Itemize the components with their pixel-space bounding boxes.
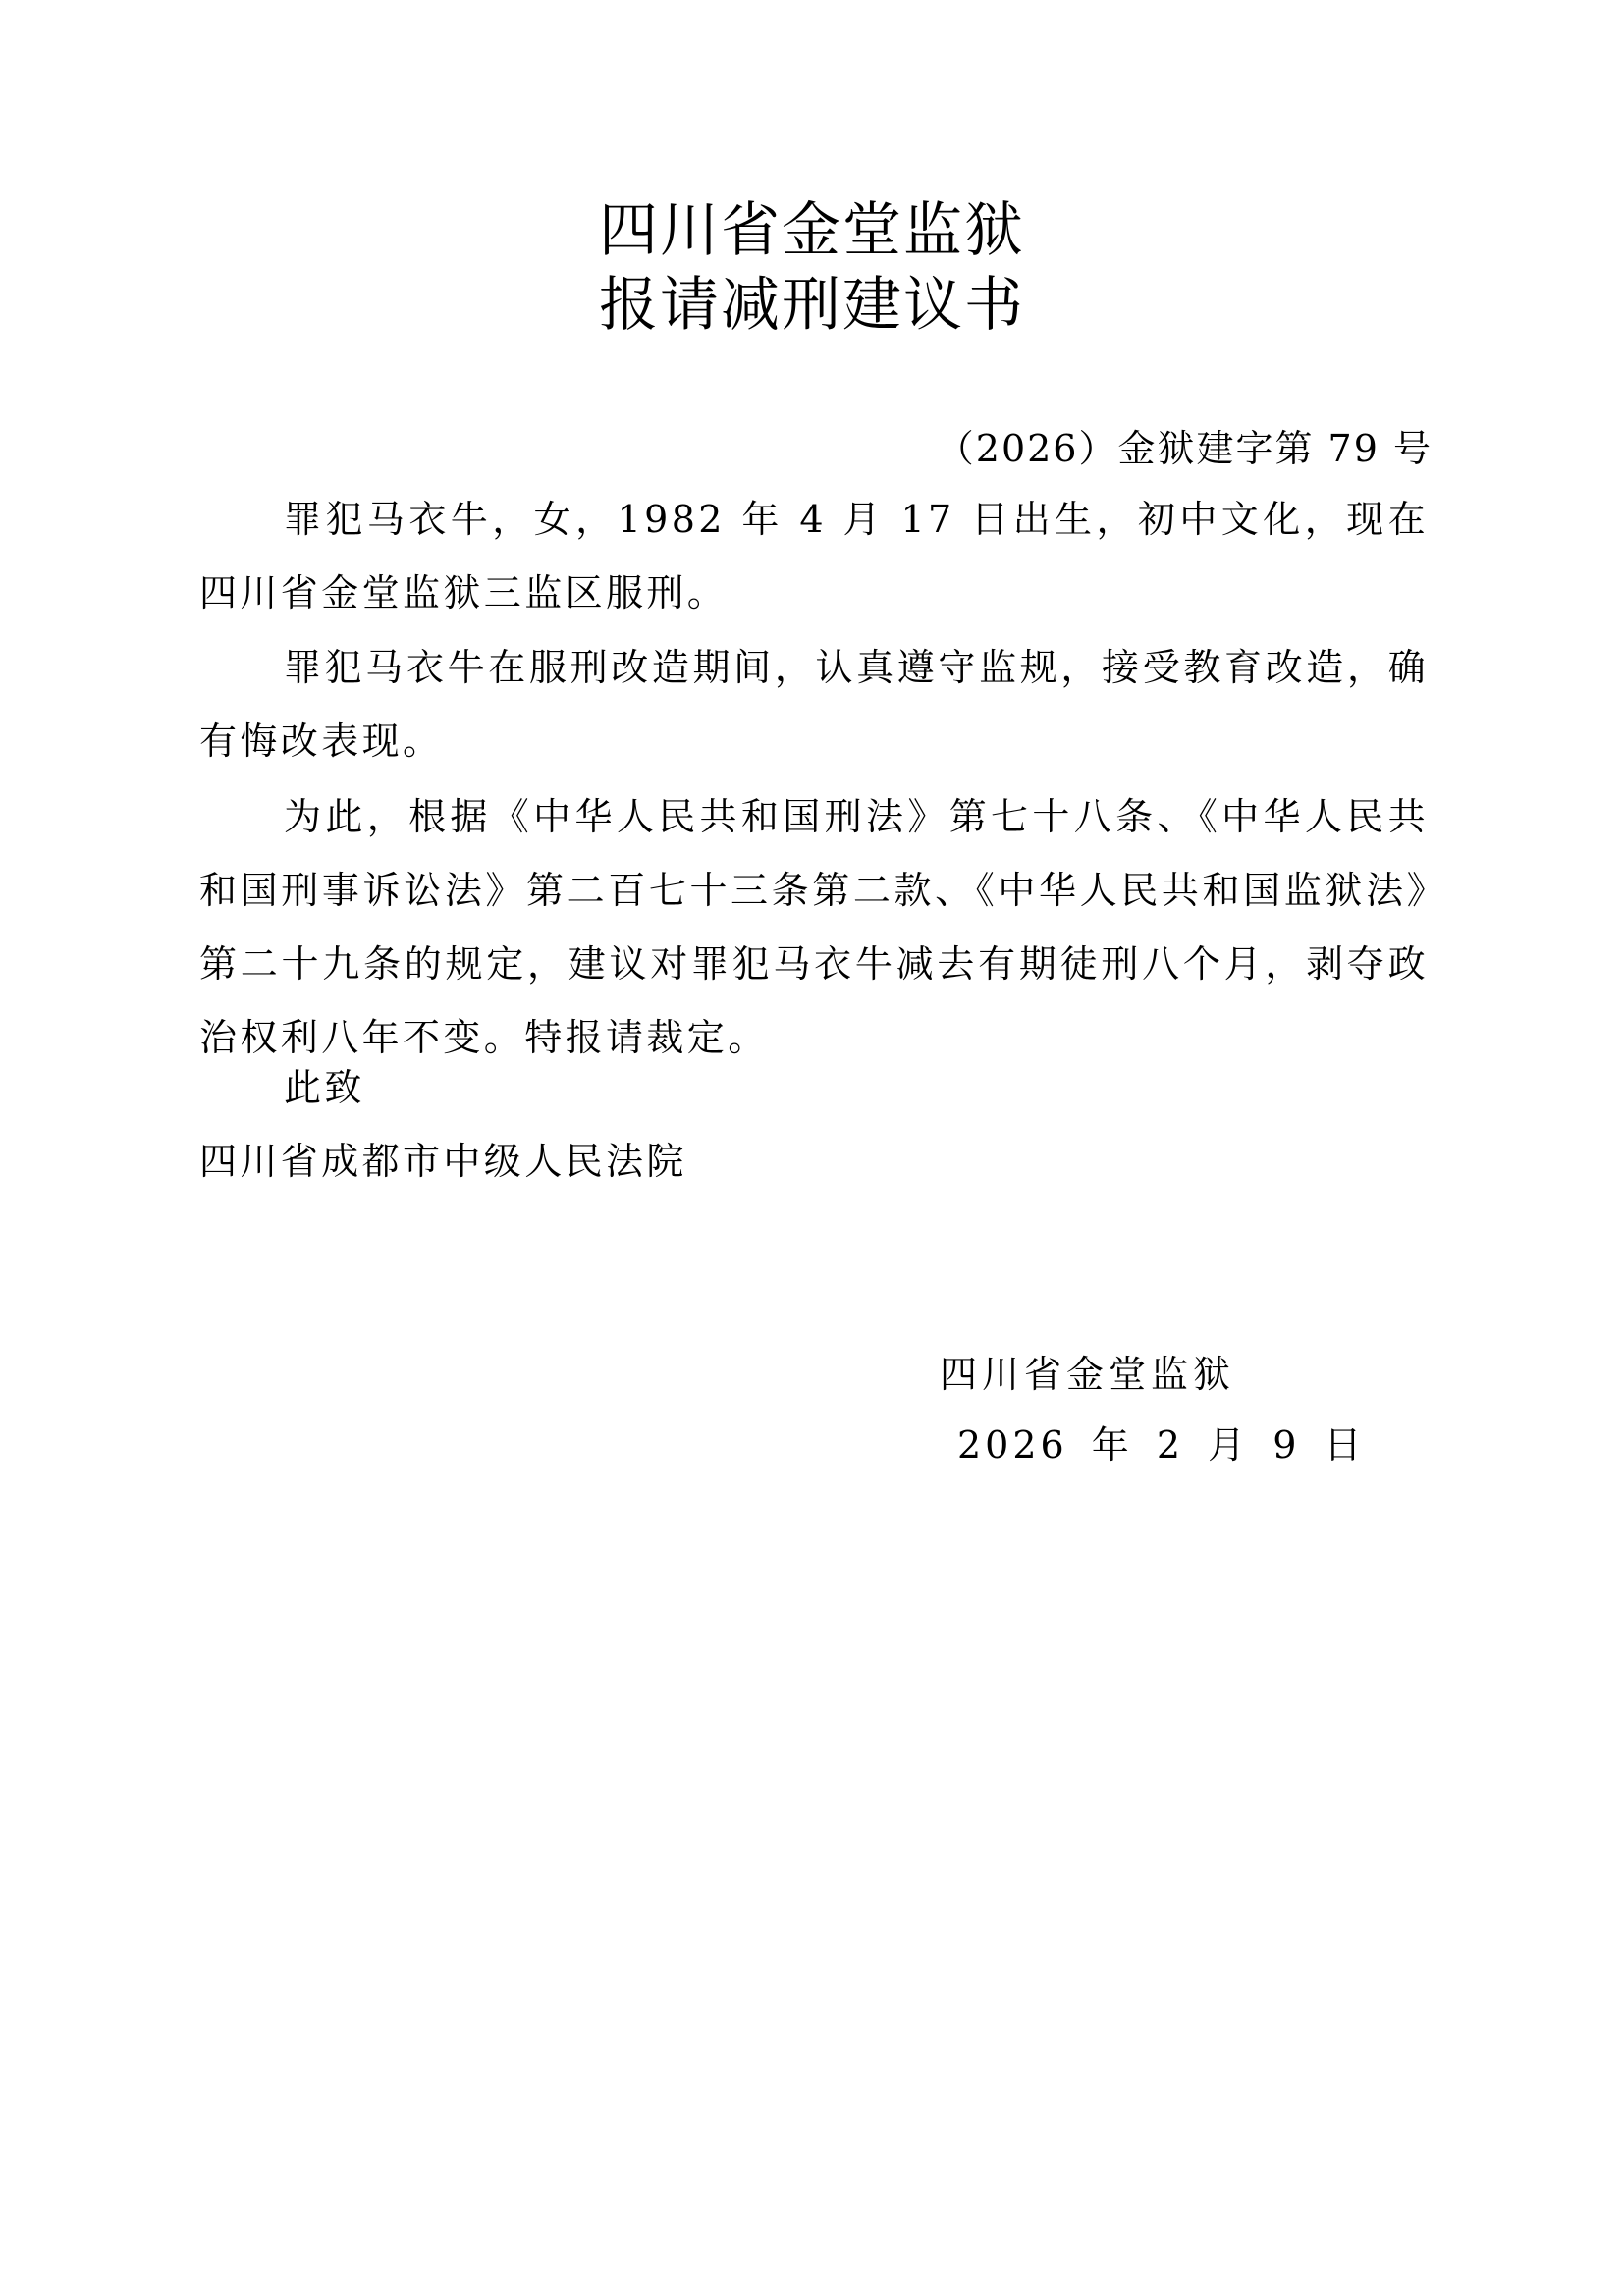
document-page: 四川省金堂监狱 报请减刑建议书 （2026）金狱建字第 79 号 罪犯马衣牛，女…: [0, 0, 1624, 2296]
paragraph-conduct: 罪犯马衣牛在服刑改造期间，认真遵守监规，接受教育改造，确有悔改表现。: [199, 631, 1429, 778]
recipient-court: 四川省成都市中级人民法院: [199, 1125, 687, 1199]
document-title-type: 报请减刑建议书: [0, 271, 1624, 340]
paragraph-recommendation: 为此，根据《中华人民共和国刑法》第七十八条、《中华人民共和国刑事诉讼法》第二百七…: [199, 780, 1429, 1075]
signature-organization: 四川省金堂监狱: [940, 1345, 1235, 1404]
signature-date: 2026 年 2 月 9 日: [957, 1415, 1365, 1474]
document-title-issuer: 四川省金堂监狱: [0, 196, 1624, 265]
salutation: 此致: [284, 1051, 365, 1125]
document-number: （2026）金狱建字第 79 号: [937, 424, 1433, 473]
paragraph-inmate-info: 罪犯马衣牛，女，1982 年 4 月 17 日出生，初中文化，现在四川省金堂监狱…: [199, 483, 1429, 630]
